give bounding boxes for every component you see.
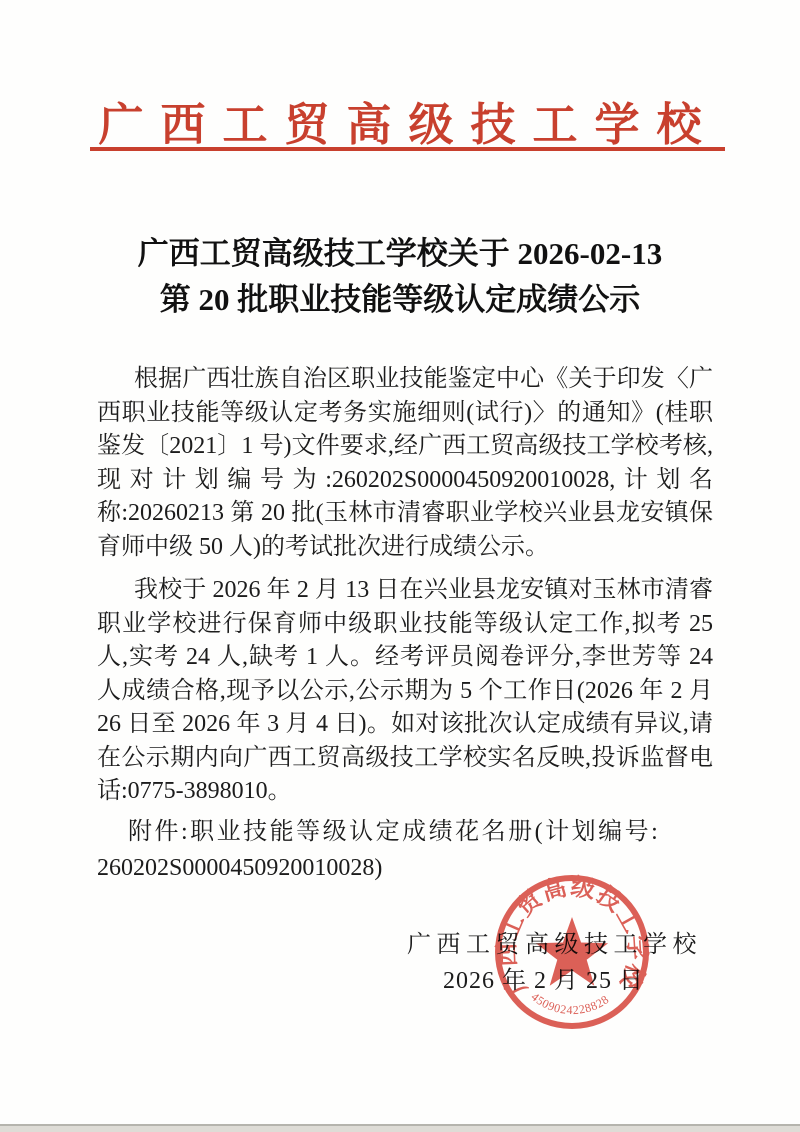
seal-star-icon	[536, 917, 608, 986]
official-seal-stamp: 广西工贸高级技工学校 4509024228828	[487, 867, 657, 1037]
document-title-line2: 第 20 批职业技能等级认定成绩公示	[0, 277, 800, 323]
seal-serial-number: 4509024228828	[529, 990, 612, 1018]
scanned-notice-page: 广西工贸高级技工学校 广西工贸高级技工学校关于 2026-02-13 第 20 …	[0, 0, 800, 1132]
letterhead-school-name: 广西工贸高级技工学校	[0, 88, 800, 153]
attachment-line1: 附件:职业技能等级认定成绩花名册(计划编号:	[97, 814, 713, 850]
scan-edge-artifact	[0, 1124, 800, 1132]
body-paragraph-results: 我校于 2026 年 2 月 13 日在兴业县龙安镇对玉林市清睿职业学校进行保育…	[97, 574, 713, 809]
document-title-line1: 广西工贸高级技工学校关于 2026-02-13	[0, 231, 800, 277]
document-title: 广西工贸高级技工学校关于 2026-02-13 第 20 批职业技能等级认定成绩…	[0, 231, 800, 323]
body-paragraph-basis: 根据广西壮族自治区职业技能鉴定中心《关于印发〈广西职业技能等级认定考务实施细则(…	[97, 363, 713, 564]
letterhead-divider-rule	[90, 147, 725, 151]
